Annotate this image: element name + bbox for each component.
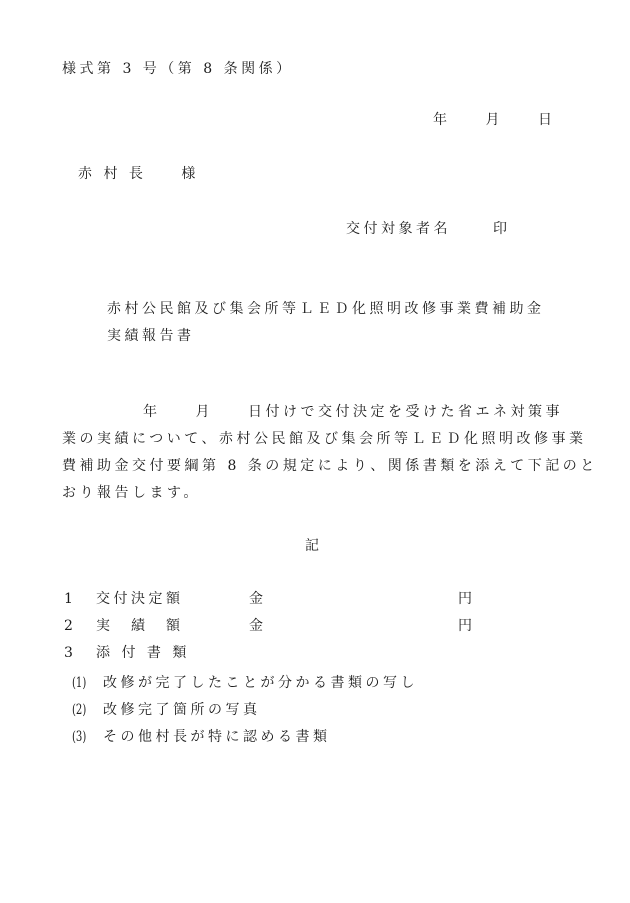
body-paragraph-line4: おり報告します。 [62,484,201,502]
body-paragraph-line3: 費補助金交付要綱第 8 条の規定により、関係書類を添えて下記のと [62,457,598,475]
body-paragraph-line1: 年 月 日付けで交付決定を受けた省エネ対策事 [143,403,563,421]
item-number: 1 [64,590,76,608]
item-row-actual-amount: 2 実 績 額 金 円 [0,617,630,637]
form-number: 様式第 3 号（第 8 条関係） [62,60,294,78]
date-line: 年 月 日 [433,111,556,129]
document-title-line2: 実績報告書 [107,327,195,345]
item-number: 3 [64,644,76,662]
sub-item-text: 改修が完了したことが分かる書類の写し [103,674,418,692]
sub-item-number: (2) [72,701,86,719]
body-paragraph-line2: 業の実績について、赤村公民館及び集会所等ＬＥＤ化照明改修事業 [62,430,586,448]
sub-item-number: (1) [72,674,86,692]
sub-item-row: (3) その他村長が特に認める書類 [0,728,630,748]
item-row-attachments: 3 添 付 書 類 [0,644,630,664]
seal-label: 印 [493,220,511,238]
sub-item-number: (3) [72,728,86,746]
item-label: 添 付 書 類 [96,644,190,662]
report-form-page: 様式第 3 号（第 8 条関係） 年 月 日 赤 村 長 様 交付対象者名 印 … [0,0,630,903]
applicant-name-label: 交付対象者名 [346,220,451,238]
sub-item-row: (1) 改修が完了したことが分かる書類の写し [0,674,630,694]
currency-unit: 円 [458,590,476,608]
currency-unit: 円 [458,617,476,635]
money-prefix: 金 [249,590,267,608]
item-number: 2 [64,617,76,635]
item-label: 実 績 額 [96,617,184,635]
document-title-line1: 赤村公民館及び集会所等ＬＥＤ化照明改修事業費補助金 [107,300,545,318]
record-marker: 記 [305,537,323,555]
sub-item-text: 改修完了箇所の写真 [103,701,261,719]
sub-item-text: その他村長が特に認める書類 [103,728,331,746]
item-row-granted-amount: 1 交付決定額 金 円 [0,590,630,610]
sub-item-row: (2) 改修完了箇所の写真 [0,701,630,721]
money-prefix: 金 [249,617,267,635]
item-label: 交付決定額 [96,590,184,608]
addressee: 赤 村 長 様 [78,165,199,183]
